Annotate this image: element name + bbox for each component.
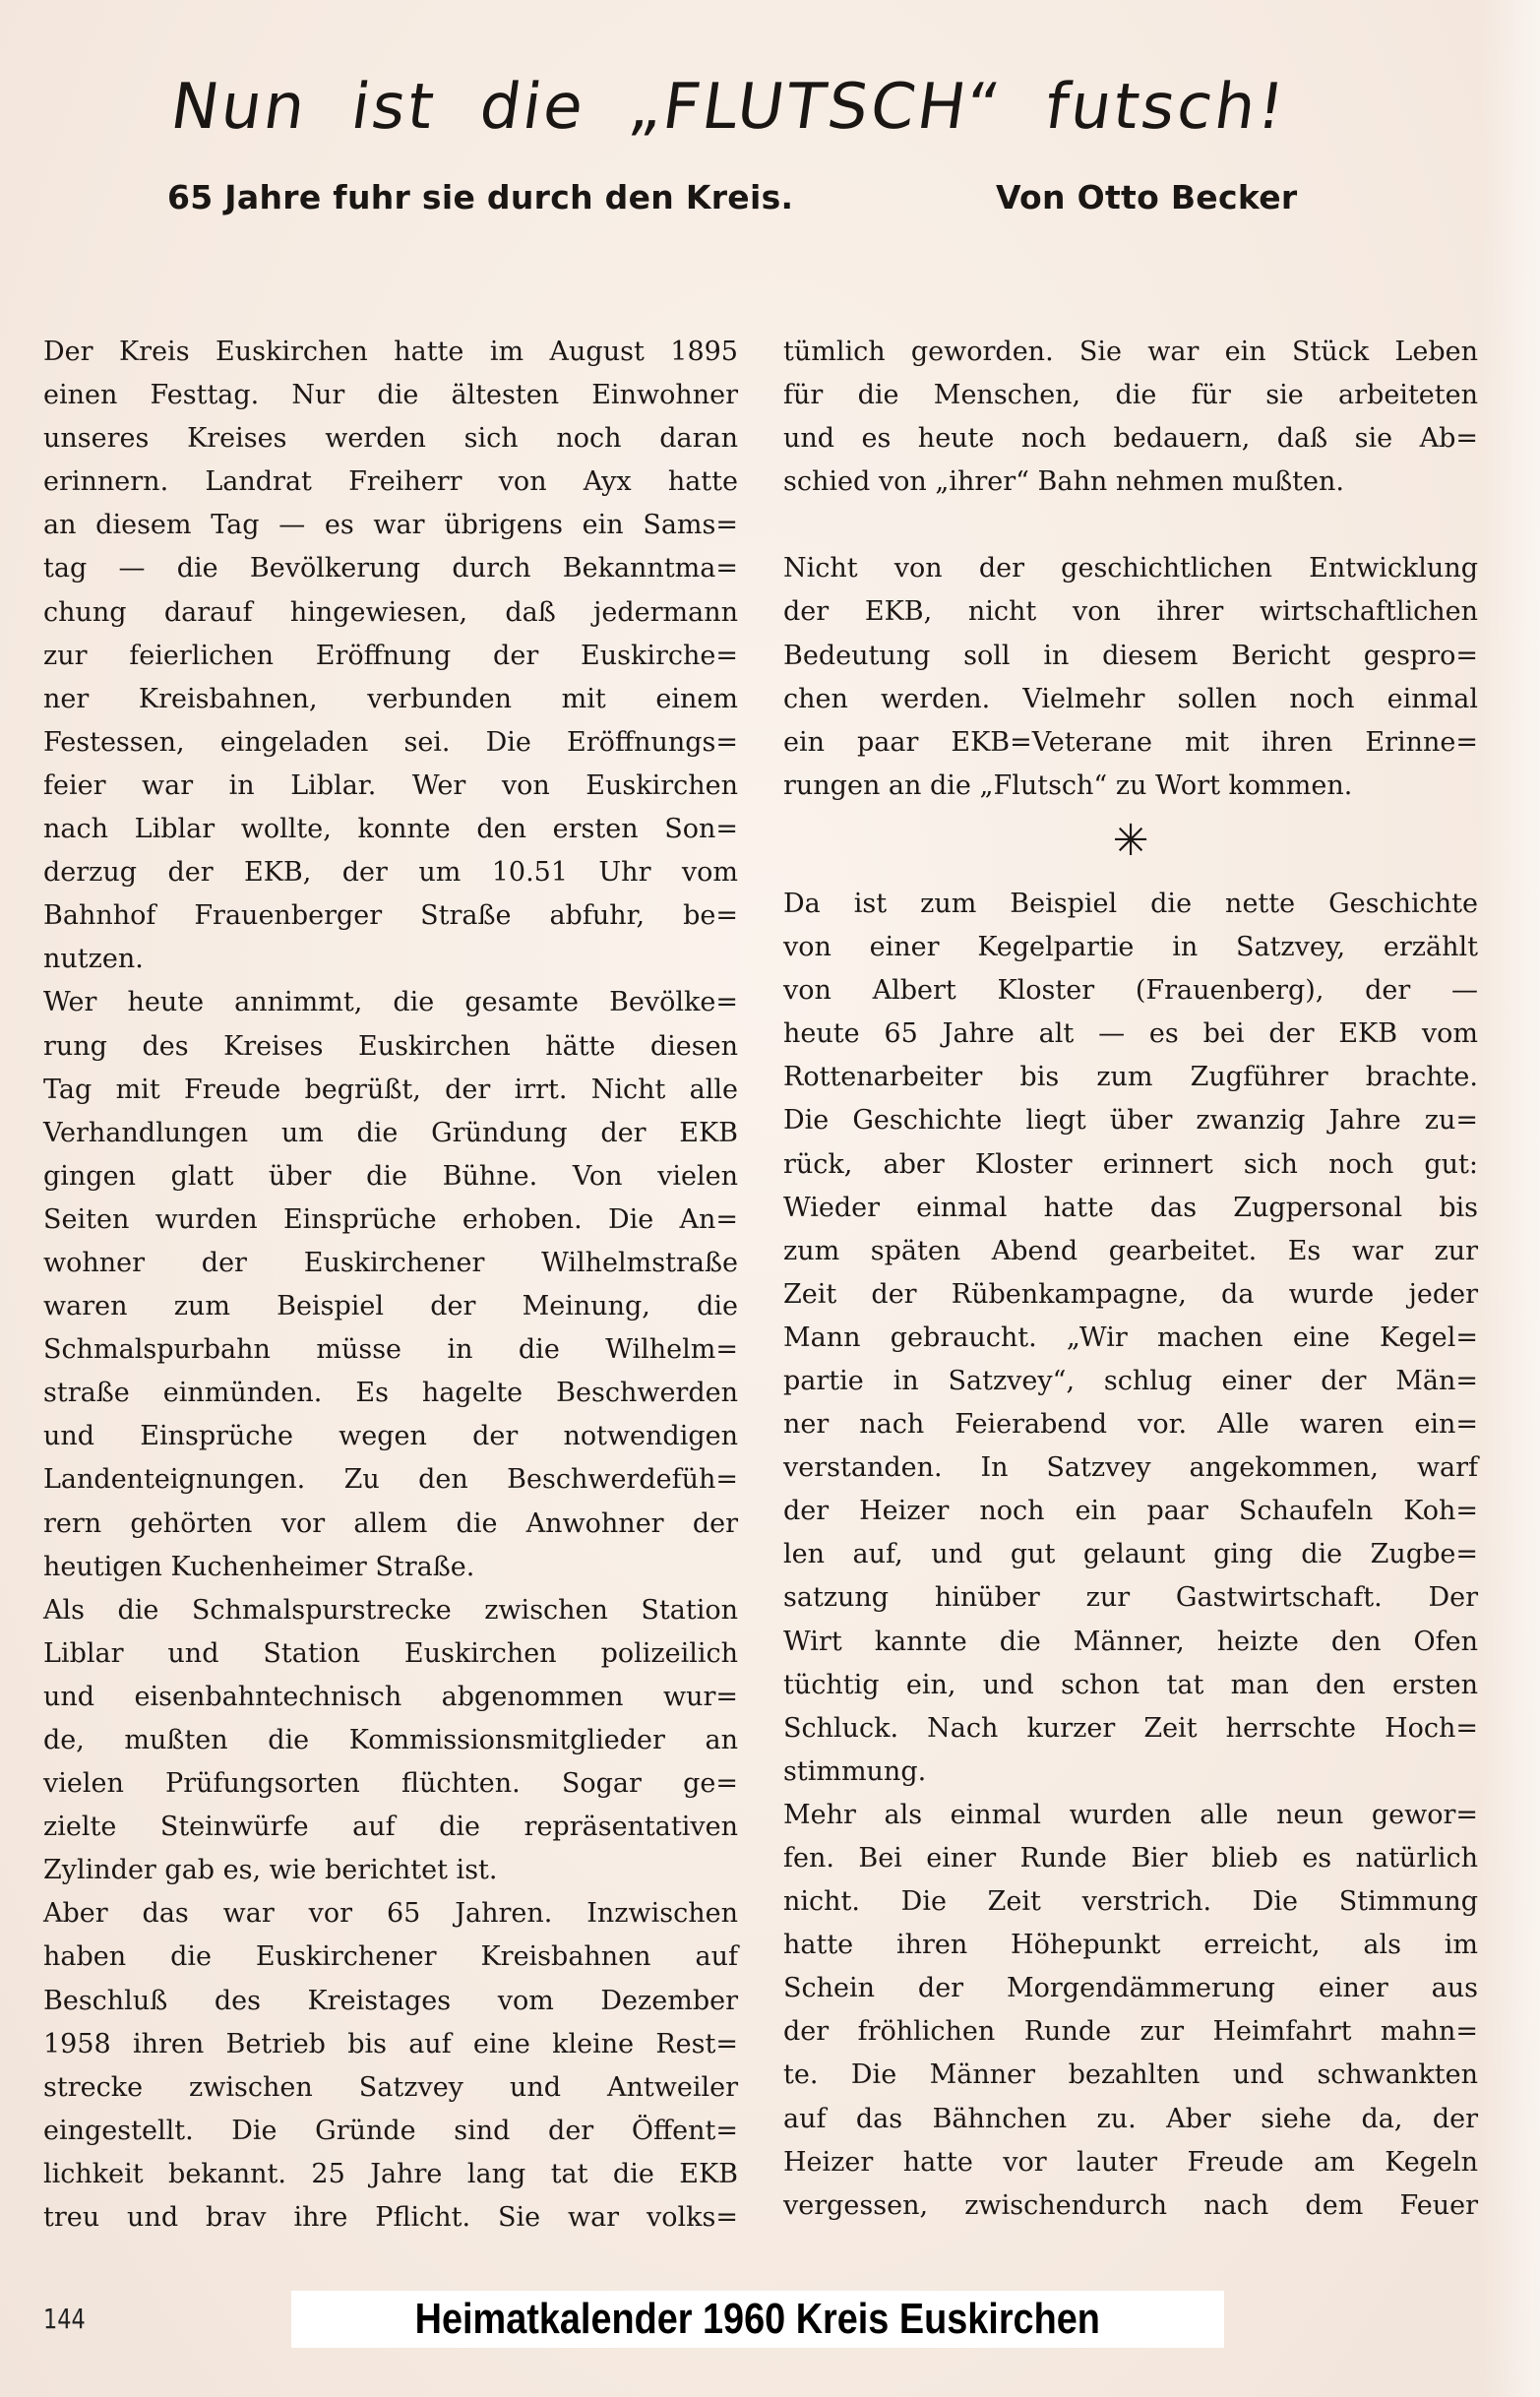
- text-line: fen. Bei einer Runde Bier blieb es natür…: [783, 1837, 1478, 1880]
- text-line: stimmung.: [783, 1751, 1478, 1794]
- paragraph-morning: Mehr als einmal wurden alle neun gewor=f…: [783, 1794, 1478, 2228]
- paragraph-scope: Nicht von der geschichtlichen Entwicklun…: [783, 547, 1478, 808]
- article-title: Nun ist die „FLUTSCH“ futsch!: [165, 63, 1398, 152]
- paragraph-kegelpartie: Da ist zum Beispiel die nette Geschichte…: [783, 883, 1478, 1794]
- text-line: Festessen, eingeladen sei. Die Eröffnung…: [43, 721, 738, 765]
- text-line: der Heizer noch ein paar Schaufeln Koh=: [783, 1490, 1478, 1533]
- text-line: tag — die Bevölkerung durch Bekanntma=: [43, 547, 738, 590]
- article-author: Von Otto Becker: [996, 175, 1297, 220]
- source-caption-text: Heimatkalender 1960 Kreis Euskirchen: [415, 2295, 1100, 2344]
- text-line: zum späten Abend gearbeitet. Es war zur: [783, 1230, 1478, 1273]
- text-line: von einer Kegelpartie in Satzvey, erzähl…: [783, 926, 1478, 969]
- text-line: tümlich geworden. Sie war ein Stück Lebe…: [783, 331, 1478, 374]
- paragraph-inspection: Als die Schmalspurstrecke zwischen Stati…: [43, 1589, 738, 1893]
- text-line: ner Kreisbahnen, verbunden mit einem: [43, 678, 738, 721]
- text-line: ein paar EKB=Veterane mit ihren Erinne=: [783, 721, 1478, 765]
- text-line: gingen glatt über die Bühne. Von vielen: [43, 1155, 738, 1198]
- text-line: Wirt kannte die Männer, heizte den Ofen: [783, 1621, 1478, 1664]
- text-line: der fröhlichen Runde zur Heimfahrt mahn=: [783, 2010, 1478, 2054]
- text-line: Aber das war vor 65 Jahren. Inzwischen: [43, 1892, 738, 1936]
- page-edge-shadow: [1481, 0, 1540, 2397]
- paragraph-closure: Aber das war vor 65 Jahren. Inzwischenha…: [43, 1892, 738, 2240]
- text-line: Schein der Morgendämmerung einer aus: [783, 1967, 1478, 2010]
- text-line: haben die Euskirchener Kreisbahnen auf: [43, 1936, 738, 1979]
- text-line: Landenteignungen. Zu den Beschwerdefüh=: [43, 1458, 738, 1502]
- right-column: tümlich geworden. Sie war ein Stück Lebe…: [783, 331, 1478, 2228]
- text-line: und eisenbahntechnisch abgenommen wur=: [43, 1676, 738, 1719]
- text-line: satzung hinüber zur Gastwirtschaft. Der: [783, 1576, 1478, 1620]
- text-line: Wer heute annimmt, die gesamte Bevölke=: [43, 981, 738, 1024]
- asterism-divider-icon: ✳: [783, 820, 1478, 863]
- text-line: Schmalspurbahn müsse in die Wilhelm=: [43, 1328, 738, 1372]
- text-line: zur feierlichen Eröffnung der Euskirche=: [43, 635, 738, 678]
- text-line: Bahnhof Frauenberger Straße abfuhr, be=: [43, 894, 738, 938]
- text-line: und es heute noch bedauern, daß sie Ab=: [783, 417, 1478, 461]
- text-line: Liblar und Station Euskirchen polizeilic…: [43, 1632, 738, 1676]
- text-line: Zylinder gab es, wie berichtet ist.: [43, 1849, 738, 1892]
- text-line: Die Geschichte liegt über zwanzig Jahre …: [783, 1099, 1478, 1142]
- article-subtitle-row: 65 Jahre fuhr sie durch den Kreis. Von O…: [167, 175, 1387, 220]
- text-line: feier war in Liblar. Wer von Euskirchen: [43, 765, 738, 808]
- text-line: und Einsprüche wegen der notwendigen: [43, 1415, 738, 1458]
- source-caption: Heimatkalender 1960 Kreis Euskirchen: [291, 2291, 1224, 2348]
- text-line: Tag mit Freude begrüßt, der irrt. Nicht …: [43, 1069, 738, 1112]
- text-line: hatte ihren Höhepunkt erreicht, als im: [783, 1924, 1478, 1967]
- text-line: waren zum Beispiel der Meinung, die: [43, 1285, 738, 1328]
- text-line: Bedeutung soll in diesem Bericht gespro=: [783, 635, 1478, 678]
- left-column: Der Kreis Euskirchen hatte im August 189…: [43, 331, 738, 2240]
- text-line: lichkeit bekannt. 25 Jahre lang tat die …: [43, 2153, 738, 2196]
- paragraph-opening-ceremony: Der Kreis Euskirchen hatte im August 189…: [43, 331, 738, 981]
- text-line: Zeit der Rübenkampagne, da wurde jeder: [783, 1273, 1478, 1317]
- text-line: partie in Satzvey“, schlug einer der Män…: [783, 1360, 1478, 1403]
- paragraph-spacer: [783, 504, 1478, 547]
- text-line: te. Die Männer bezahlten und schwankten: [783, 2054, 1478, 2097]
- text-line: Seiten wurden Einsprüche erhoben. Die An…: [43, 1198, 738, 1242]
- text-line: heutigen Kuchenheimer Straße.: [43, 1546, 738, 1589]
- text-line: an diesem Tag — es war übrigens ein Sams…: [43, 504, 738, 547]
- text-line: verstanden. In Satzvey angekommen, warf: [783, 1446, 1478, 1490]
- text-line: Rottenarbeiter bis zum Zugführer brachte…: [783, 1056, 1478, 1099]
- paragraph-spacer: [783, 863, 1478, 883]
- text-line: Als die Schmalspurstrecke zwischen Stati…: [43, 1589, 738, 1632]
- text-line: treu und brav ihre Pflicht. Sie war volk…: [43, 2196, 738, 2240]
- text-line: für die Menschen, die für sie arbeiteten: [783, 374, 1478, 417]
- text-line: ner nach Feierabend vor. Alle waren ein=: [783, 1403, 1478, 1446]
- text-line: vielen Prüfungsorten flüchten. Sogar ge=: [43, 1762, 738, 1806]
- text-line: eingestellt. Die Gründe sind der Öffent=: [43, 2110, 738, 2153]
- text-line: tüchtig ein, und schon tat man den erste…: [783, 1664, 1478, 1707]
- text-line: Wieder einmal hatte das Zugpersonal bis: [783, 1187, 1478, 1230]
- text-line: zielte Steinwürfe auf die repräsentative…: [43, 1806, 738, 1849]
- text-line: nicht. Die Zeit verstrich. Die Stimmung: [783, 1880, 1478, 1924]
- text-line: 1958 ihren Betrieb bis auf eine kleine R…: [43, 2023, 738, 2066]
- text-line: Da ist zum Beispiel die nette Geschichte: [783, 883, 1478, 926]
- text-line: Verhandlungen um die Gründung der EKB: [43, 1112, 738, 1155]
- text-line: erinnern. Landrat Freiherr von Ayx hatte: [43, 461, 738, 504]
- text-line: von Albert Kloster (Frauenberg), der —: [783, 969, 1478, 1013]
- text-line: rern gehörten vor allem die Anwohner der: [43, 1503, 738, 1546]
- text-line: Schluck. Nach kurzer Zeit herrschte Hoch…: [783, 1707, 1478, 1751]
- text-line: rungen an die „Flutsch“ zu Wort kommen.: [783, 765, 1478, 808]
- text-line: Mann gebraucht. „Wir machen eine Kegel=: [783, 1317, 1478, 1360]
- text-line: Heizer hatte vor lauter Freude am Kegeln: [783, 2141, 1478, 2184]
- text-line: wohner der Euskirchener Wilhelmstraße: [43, 1242, 738, 1285]
- text-line: auf das Bähnchen zu. Aber siehe da, der: [783, 2098, 1478, 2141]
- text-line: chung darauf hingewiesen, daß jedermann: [43, 591, 738, 635]
- text-line: Nicht von der geschichtlichen Entwicklun…: [783, 547, 1478, 590]
- text-line: heute 65 Jahre alt — es bei der EKB vom: [783, 1013, 1478, 1056]
- text-line: rung des Kreises Euskirchen hätte diesen: [43, 1025, 738, 1069]
- page-number: 144: [43, 2303, 86, 2335]
- text-line: Der Kreis Euskirchen hatte im August 189…: [43, 331, 738, 374]
- text-line: vergessen, zwischendurch nach dem Feuer: [783, 2184, 1478, 2228]
- text-line: einen Festtag. Nur die ältesten Einwohne…: [43, 374, 738, 417]
- text-line: nutzen.: [43, 938, 738, 981]
- text-line: unseres Kreises werden sich noch daran: [43, 417, 738, 461]
- text-line: len auf, und gut gelaunt ging die Zugbe=: [783, 1533, 1478, 1576]
- text-line: chen werden. Vielmehr sollen noch einmal: [783, 678, 1478, 721]
- text-line: straße einmünden. Es hagelte Beschwerden: [43, 1372, 738, 1415]
- text-line: de, mußten die Kommissionsmitglieder an: [43, 1719, 738, 1762]
- article-subtitle: 65 Jahre fuhr sie durch den Kreis.: [167, 178, 793, 216]
- text-line: nach Liblar wollte, konnte den ersten So…: [43, 808, 738, 851]
- paragraph-farewell: tümlich geworden. Sie war ein Stück Lebe…: [783, 331, 1478, 504]
- text-line: derzug der EKB, der um 10.51 Uhr vom: [43, 851, 738, 894]
- text-line: Mehr als einmal wurden alle neun gewor=: [783, 1794, 1478, 1837]
- text-line: Beschluß des Kreistages vom Dezember: [43, 1980, 738, 2023]
- text-line: schied von „ihrer“ Bahn nehmen mußten.: [783, 461, 1478, 504]
- text-line: der EKB, nicht von ihrer wirtschaftliche…: [783, 590, 1478, 634]
- paragraph-opposition: Wer heute annimmt, die gesamte Bevölke=r…: [43, 981, 738, 1588]
- text-line: strecke zwischen Satzvey und Antweiler: [43, 2066, 738, 2110]
- text-line: rück, aber Kloster erinnert sich noch gu…: [783, 1143, 1478, 1187]
